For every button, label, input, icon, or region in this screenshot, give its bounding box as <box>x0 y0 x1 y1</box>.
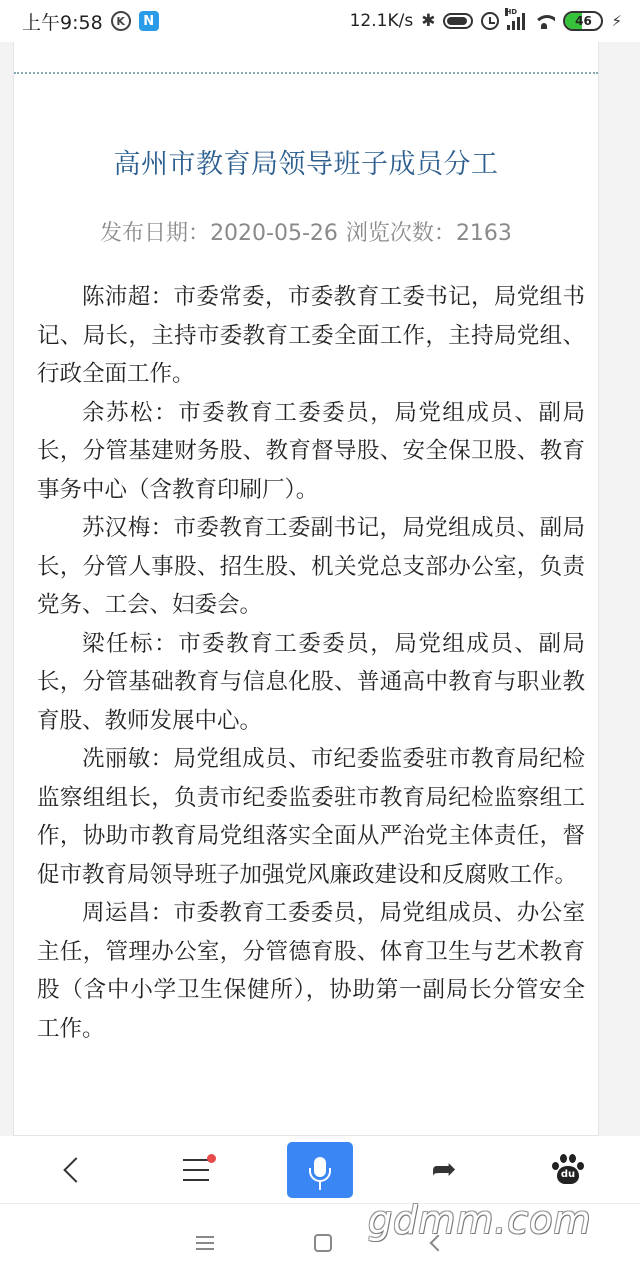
article-card: 高州市教育局领导班子成员分工 发布日期：2020-05-26浏览次数：2163 … <box>13 42 599 1136</box>
network-speed: 12.1K/s <box>350 11 414 31</box>
chevron-left-icon <box>63 1157 88 1182</box>
article-body: 陈沛超：市委常委，市委教育工委书记，局党组书记、局长，主持市委教育工委全面工作，… <box>37 278 585 1048</box>
cell-signal-icon: HD <box>507 12 525 30</box>
baidu-paw-icon: du <box>552 1154 584 1186</box>
paragraph-chen-peichao: 陈沛超：市委常委，市委教育工委书记，局党组书记、局长，主持市委教育工委全面工作，… <box>37 278 585 394</box>
paragraph-zhou-yunchang: 周运昌：市委教育工委委员，局党组成员、办公室主任，管理办公室，分管德育股、体育卫… <box>37 894 585 1048</box>
battery-icon: 46 <box>563 11 603 31</box>
share-button[interactable]: ➦ <box>411 1142 477 1198</box>
notification-badge <box>207 1154 216 1163</box>
wifi-icon <box>533 13 555 29</box>
hd-label: HD <box>505 8 508 16</box>
battery-level: 46 <box>565 13 601 29</box>
alarm-icon <box>481 12 499 30</box>
paragraph-xian-limin: 冼丽敏：局党组成员、市纪委监委驻市教育局纪检监察组组长，负责市纪委监委驻市教育局… <box>37 740 585 894</box>
n-app-icon: N <box>139 11 159 31</box>
publish-date: 2020-05-26 <box>210 221 338 246</box>
view-count: 2163 <box>456 221 512 246</box>
share-arrow-icon: ➦ <box>431 1152 456 1187</box>
article-meta: 发布日期：2020-05-26浏览次数：2163 <box>14 216 598 247</box>
charging-icon: ⚡ <box>611 12 622 30</box>
watermark: gdmm.com <box>368 1198 592 1242</box>
back-button[interactable] <box>39 1142 105 1198</box>
article-title: 高州市教育局领导班子成员分工 <box>14 142 598 181</box>
hamburger-menu-icon <box>183 1159 209 1181</box>
k-circle-icon: K <box>111 11 131 31</box>
clock: 上午9:58 <box>22 8 103 35</box>
status-bar-right: 12.1K/s ✱ HD 46 ⚡ <box>350 11 622 31</box>
paragraph-yu-susong: 余苏松：市委教育工委委员，局党组成员、副局长，分管基建财务股、教育督导股、安全保… <box>37 394 585 510</box>
toggle-status-icon <box>443 13 473 29</box>
status-bar-left: 上午9:58 K N <box>22 8 159 35</box>
browser-toolbar: ➦ du <box>0 1136 640 1204</box>
voice-search-button[interactable] <box>287 1142 353 1198</box>
publish-date-label: 发布日期： <box>100 221 210 246</box>
bluetooth-icon: ✱ <box>421 11 435 31</box>
baidu-home-button[interactable]: du <box>535 1142 601 1198</box>
view-count-label: 浏览次数： <box>346 221 456 246</box>
recent-apps-button[interactable] <box>196 1236 214 1250</box>
paragraph-liang-renbiao: 梁任标：市委教育工委委员，局党组成员、副局长，分管基础教育与信息化股、普通高中教… <box>37 625 585 741</box>
dotted-divider <box>14 72 598 74</box>
status-bar: 上午9:58 K N 12.1K/s ✱ HD 46 ⚡ <box>0 0 640 42</box>
paragraph-su-hanmei: 苏汉梅：市委教育工委副书记，局党组成员、副局长，分管人事股、招生股、机关党总支部… <box>37 509 585 625</box>
menu-button[interactable] <box>163 1142 229 1198</box>
home-button[interactable] <box>314 1234 332 1252</box>
